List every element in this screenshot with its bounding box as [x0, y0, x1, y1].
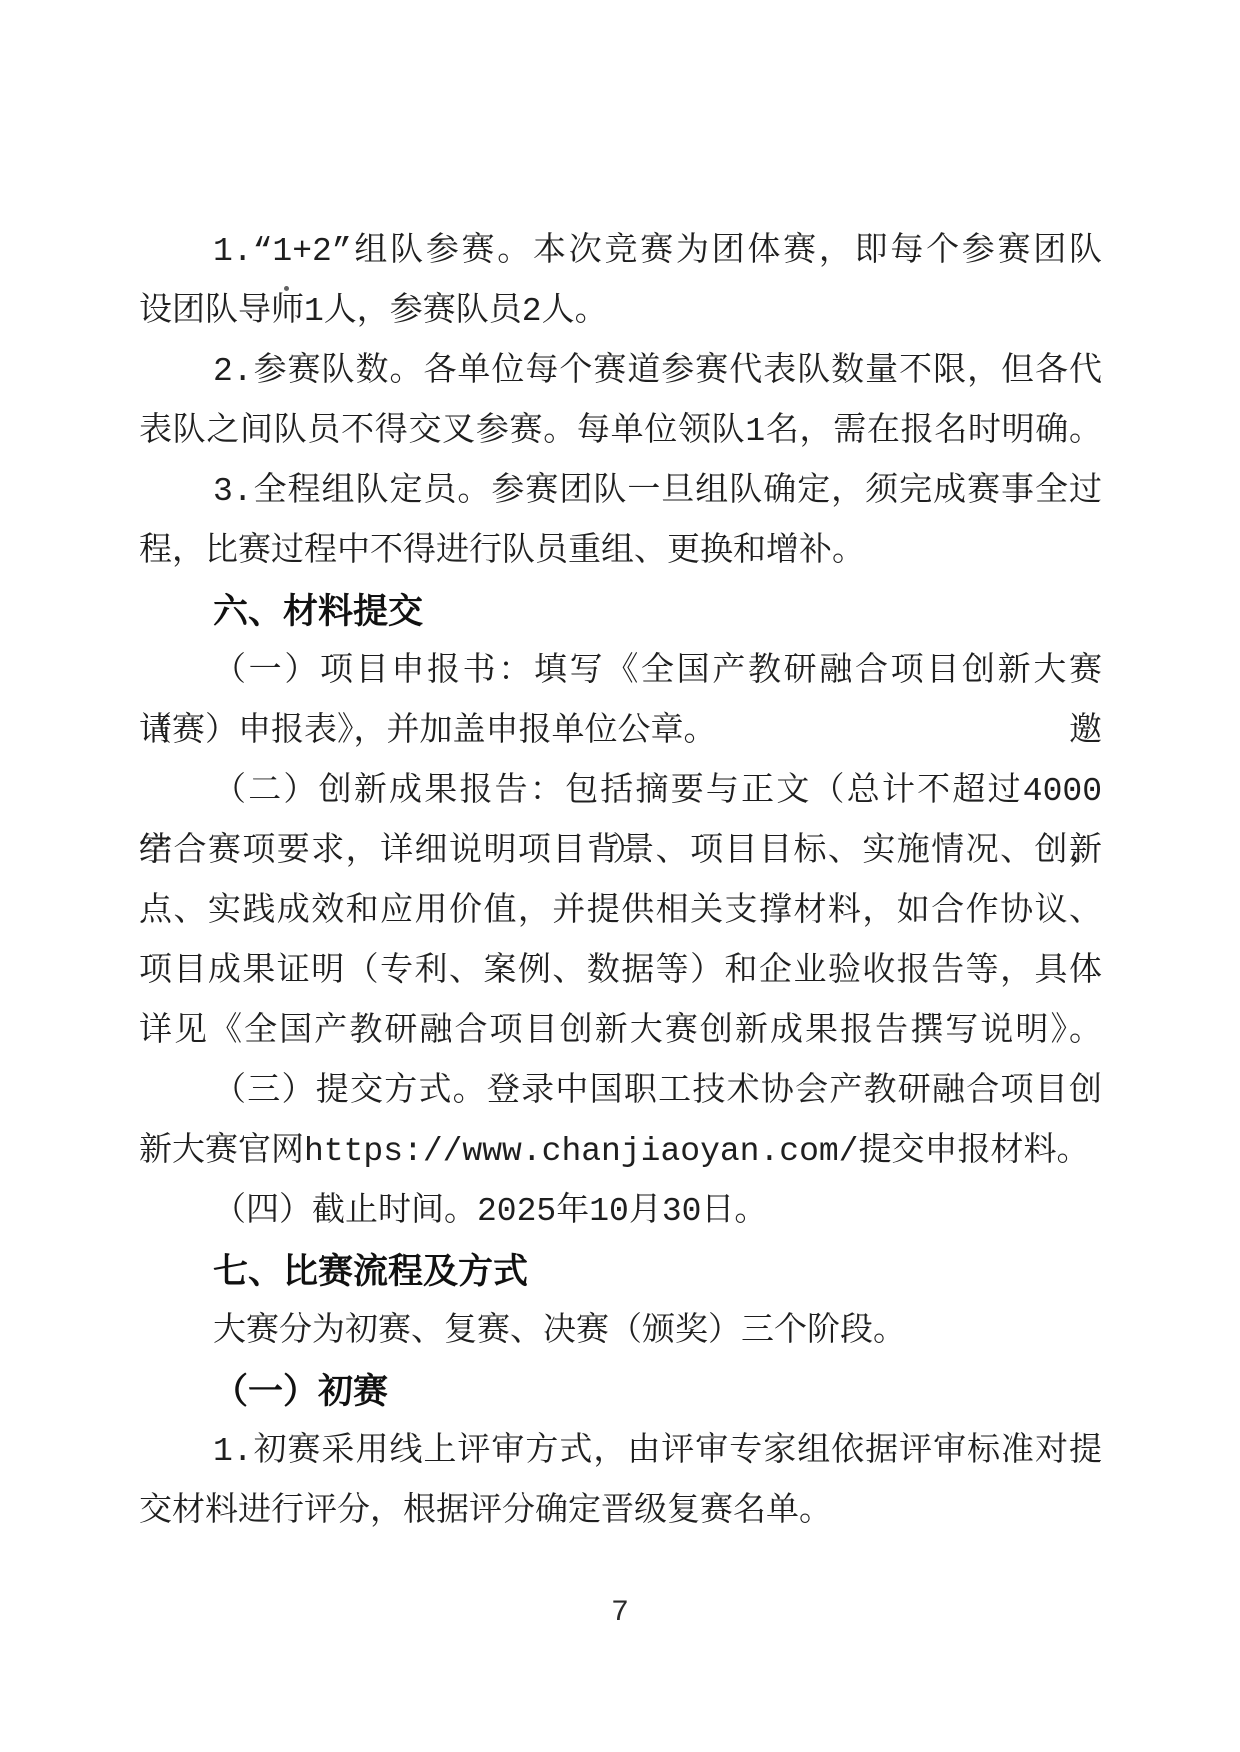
page-number: 7 — [0, 1596, 1240, 1630]
text-line: 程，比赛过程中不得进行队员重组、更换和增补。 — [139, 522, 1102, 582]
text-line: 交材料进行评分，根据评分确定晋级复赛名单。 — [139, 1482, 1102, 1542]
text-line: 1.“1+2”组队参赛。本次竞赛为团体赛，即每个参赛团队 — [139, 222, 1102, 282]
text-line: 设团队导师1人，参赛队员2人。 — [139, 282, 1102, 342]
section-heading: 七、比赛流程及方式 — [139, 1242, 1102, 1302]
text-line: 大赛分为初赛、复赛、决赛（颁奖）三个阶段。 — [139, 1302, 1102, 1362]
text-line: 项目成果证明（专利、案例、数据等）和企业验收报告等，具体 — [139, 942, 1102, 1002]
text-line: 表队之间队员不得交叉参赛。每单位领队1名，需在报名时明确。 — [139, 402, 1102, 462]
text-line: （三）提交方式。登录中国职工技术协会产教研融合项目创 — [139, 1062, 1102, 1122]
text-line: 结合赛项要求，详细说明项目背景、项目目标、实施情况、创新 — [139, 822, 1102, 882]
scan-artifact-dot — [284, 286, 289, 291]
text-line: （二）创新成果报告：包括摘要与正文（总计不超过4000字）， — [139, 762, 1102, 822]
text-line: 2.参赛队数。各单位每个赛道参赛代表队数量不限，但各代 — [139, 342, 1102, 402]
section-heading: 六、材料提交 — [139, 582, 1102, 642]
text-line: （四）截止时间。2025年10月30日。 — [139, 1182, 1102, 1242]
text-line: 3.全程组队定员。参赛团队一旦组队确定，须完成赛事全过 — [139, 462, 1102, 522]
document-body: 1.“1+2”组队参赛。本次竞赛为团体赛，即每个参赛团队设团队导师1人，参赛队员… — [139, 222, 1102, 1542]
sub-heading: （一）初赛 — [139, 1362, 1102, 1422]
text-line: 点、实践成效和应用价值，并提供相关支撑材料，如合作协议、 — [139, 882, 1102, 942]
document-page: 1.“1+2”组队参赛。本次竞赛为团体赛，即每个参赛团队设团队导师1人，参赛队员… — [0, 0, 1240, 1752]
text-line: 详见《全国产教研融合项目创新大赛创新成果报告撰写说明》。 — [139, 1002, 1102, 1062]
text-line: （一）项目申报书：填写《全国产教研融合项目创新大赛（邀 — [139, 642, 1102, 702]
text-line: 新大赛官网https://www.chanjiaoyan.com/提交申报材料。 — [139, 1122, 1102, 1182]
text-line: 1.初赛采用线上评审方式，由评审专家组依据评审标准对提 — [139, 1422, 1102, 1482]
